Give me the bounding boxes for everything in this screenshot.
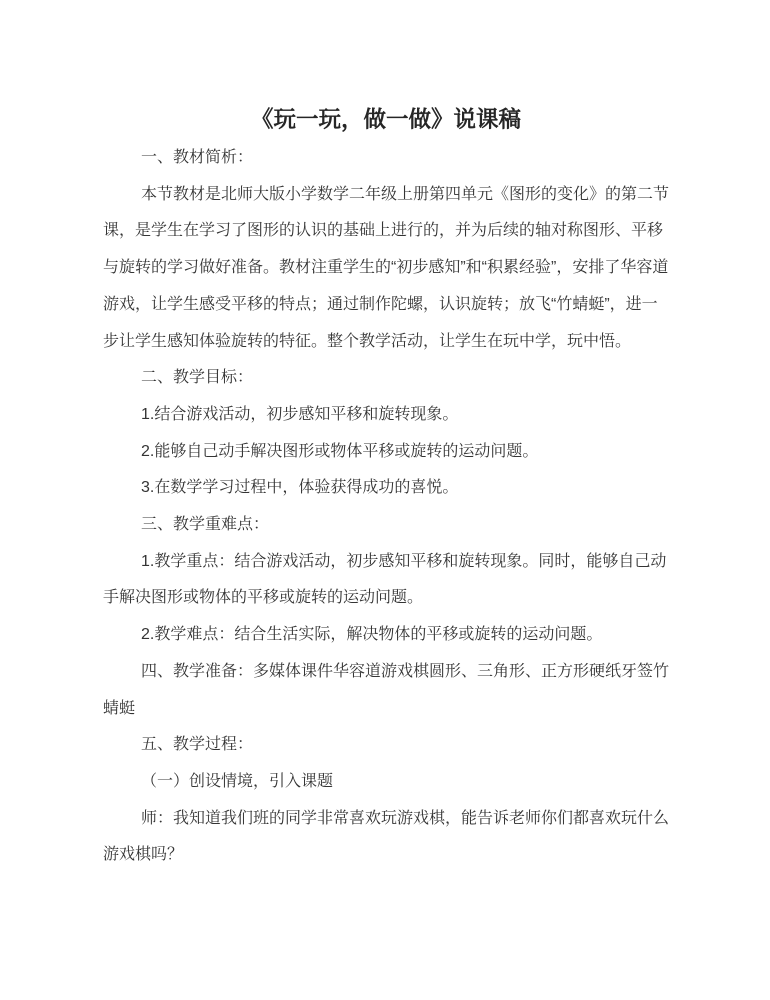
section-heading-teaching-goals: 二、教学目标： xyxy=(103,360,669,397)
document-title: 《玩一玩，做一做》说课稿 xyxy=(103,104,669,136)
document-page: 《玩一玩，做一做》说课稿 一、教材简析： 本节教材是北师大版小学数学二年级上册第… xyxy=(0,0,770,1000)
document-body: 《玩一玩，做一做》说课稿 一、教材简析： 本节教材是北师大版小学数学二年级上册第… xyxy=(0,0,770,874)
subsection-heading-create-situation: （一）创设情境，引入课题 xyxy=(103,764,669,801)
list-item-goal-2: 2.能够自己动手解决图形或物体平移或旋转的运动问题。 xyxy=(103,434,669,471)
list-item-goal-3: 3.在数学学习过程中，体验获得成功的喜悦。 xyxy=(103,470,669,507)
section-heading-teaching-process: 五、教学过程： xyxy=(103,727,669,764)
list-item-goal-1: 1.结合游戏活动，初步感知平移和旋转现象。 xyxy=(103,397,669,434)
paragraph-teaching-difficult-point: 2.教学难点：结合生活实际，解决物体的平移或旋转的运动问题。 xyxy=(103,617,669,654)
paragraph-teaching-key-point: 1.教学重点：结合游戏活动，初步感知平移和旋转现象。同时，能够自己动手解决图形或… xyxy=(103,544,669,617)
paragraph-material-analysis: 本节教材是北师大版小学数学二年级上册第四单元《图形的变化》的第二节课，是学生在学… xyxy=(103,177,669,361)
section-heading-key-difficult-points: 三、教学重难点： xyxy=(103,507,669,544)
paragraph-teacher-dialogue: 师：我知道我们班的同学非常喜欢玩游戏棋，能告诉老师你们都喜欢玩什么游戏棋吗？ xyxy=(103,801,669,874)
section-heading-material-analysis: 一、教材简析： xyxy=(103,140,669,177)
section-heading-teaching-preparation: 四、教学准备：多媒体课件华容道游戏棋圆形、三角形、正方形硬纸牙签竹蜻蜓 xyxy=(103,654,669,727)
